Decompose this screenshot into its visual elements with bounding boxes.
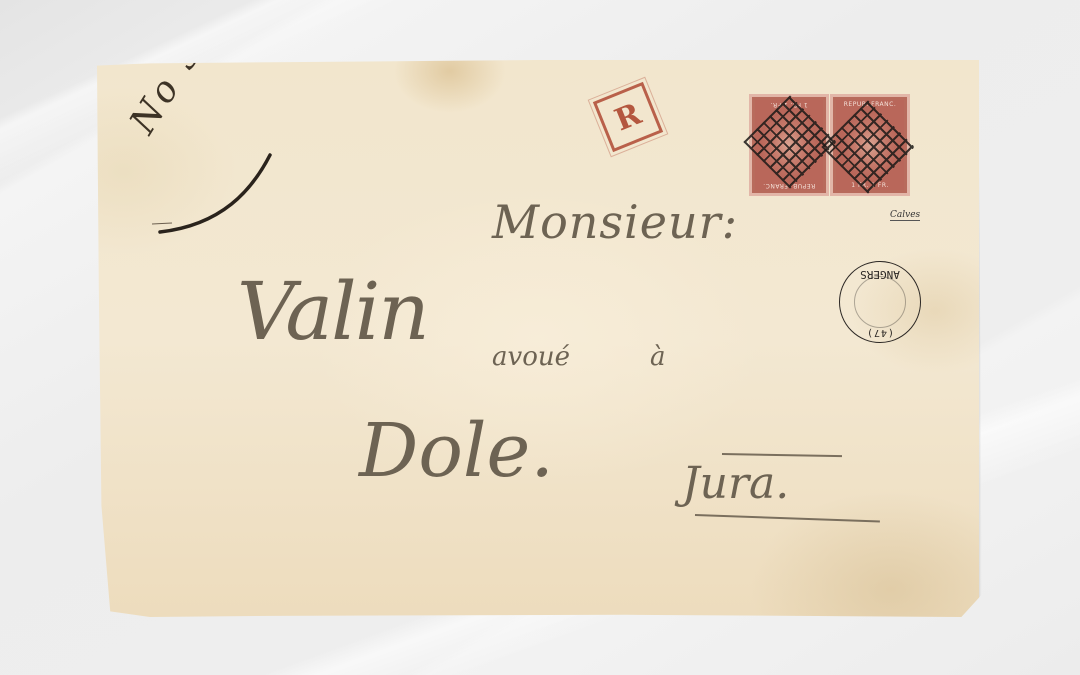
docket-number: No 36: [122, 9, 226, 141]
ink-flourish: [152, 150, 272, 250]
circular-date-postmark: ANGERS (47): [839, 261, 921, 343]
envelope: No 36 R REPUB. FRANC. 1 FR. 1 FR. REPUB.…: [97, 60, 979, 617]
registration-letter: R: [610, 96, 646, 138]
postmark-town: ANGERS: [840, 268, 920, 281]
registration-r-stamp: R: [593, 82, 663, 152]
address-salutation: Monsieur:: [492, 195, 738, 249]
address-region: Jura.: [682, 458, 789, 509]
postmark-department: (47): [840, 327, 920, 338]
address-city: Dole.: [359, 408, 554, 494]
address-preposition: à: [650, 342, 666, 372]
region-overline: [722, 453, 842, 457]
expert-signature: Calves: [890, 210, 920, 221]
region-underline: [695, 514, 880, 522]
address-title: avoué: [492, 342, 570, 372]
address-name: Valin: [237, 265, 428, 358]
postage-stamps: REPUB. FRANC. 1 FR. 1 FR. REPUB. FRANC. …: [749, 94, 911, 199]
